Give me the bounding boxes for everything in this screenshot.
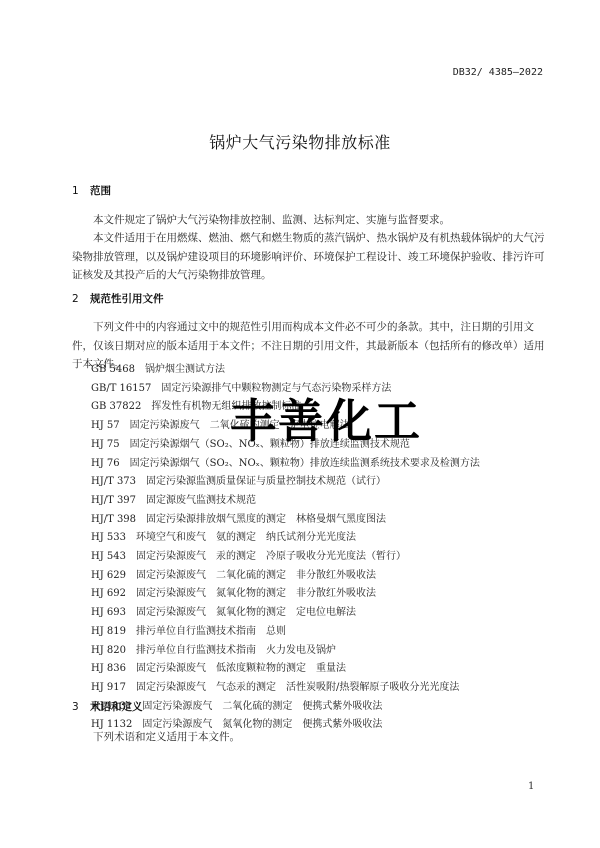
reference-title: 固定污染源废气 氮氧化物的测定 定电位电解法 [136,607,356,618]
reference-item: HJ 692固定污染源废气 氮氧化物的测定 非分散红外吸收法 [91,585,480,604]
reference-item: HJ 820排污单位自行监测技术指南 火力发电及锅炉 [91,642,480,661]
reference-item: HJ 629固定污染源废气 二氧化硫的测定 非分散红外吸收法 [91,567,480,586]
reference-item: HJ 917固定污染源废气 气态汞的测定 活性炭吸附/热裂解原子吸收分光光度法 [91,679,480,698]
reference-title: 固定污染源废气 汞的测定 冷原子吸收分光光度法（暂行） [136,551,406,562]
section-2-heading: 2规范性引用文件 [72,291,164,306]
reference-item: HJ/T 398固定污染源排放烟气黑度的测定 林格曼烟气黑度图法 [91,511,480,530]
reference-code: GB 37822 [91,401,141,412]
reference-title: 固定污染源监测质量保证与质量控制技术规范（试行） [146,476,386,487]
section-number: 2 [72,293,90,305]
reference-title: 固定污染源排气中颗粒物测定与气态污染物采样方法 [161,383,391,394]
reference-item: HJ/T 397固定源废气监测技术规范 [91,492,480,511]
standard-code: DB32/ 4385—2022 [453,67,543,78]
reference-code: GB 5468 [91,364,135,375]
reference-code: HJ 629 [91,570,126,581]
reference-item: HJ 819排污单位自行监测技术指南 总则 [91,623,480,642]
reference-title: 固定污染源废气 氮氧化物的测定 非分散红外吸收法 [136,588,376,599]
section-3-heading: 3术语和定义 [72,699,143,714]
section-title: 术语和定义 [90,701,143,713]
document-title: 锅炉大气污染物排放标准 [0,130,600,153]
section-1-paragraph-1: 本文件规定了锅炉大气污染物排放控制、监测、达标判定、实施与监督要求。 [72,211,546,230]
reference-code: HJ/T 373 [91,476,136,487]
reference-item: HJ 693固定污染源废气 氮氧化物的测定 定电位电解法 [91,604,480,623]
reference-title: 排污单位自行监测技术指南 总则 [136,626,286,637]
reference-title: 固定污染源废气 气态汞的测定 活性炭吸附/热裂解原子吸收分光光度法 [136,682,459,693]
reference-item: HJ 543固定污染源废气 汞的测定 冷原子吸收分光光度法（暂行） [91,548,480,567]
section-1-heading: 1范围 [72,183,111,198]
reference-item: HJ 1131固定污染源废气 二氧化硫的测定 便携式紫外吸收法 [91,698,480,717]
reference-item: HJ 533环境空气和废气 氨的测定 纳氏试剂分光光度法 [91,529,480,548]
section-title: 范围 [90,185,111,197]
reference-code: HJ 836 [91,663,126,674]
reference-code: HJ 819 [91,626,126,637]
watermark-text: 丰善化工 [230,398,422,444]
reference-title: 固定污染源排放烟气黑度的测定 林格曼烟气黑度图法 [146,514,386,525]
reference-item: HJ 76固定污染源烟气（SO₂、NOₓ、颗粒物）排放连续监测系统技术要求及检测… [91,455,480,474]
reference-item: HJ/T 373固定污染源监测质量保证与质量控制技术规范（试行） [91,473,480,492]
reference-code: HJ 57 [91,420,120,431]
document-page: DB32/ 4385—2022 锅炉大气污染物排放标准 1范围 本文件规定了锅炉… [0,0,600,848]
reference-title: 锅炉烟尘测试方法 [145,364,225,375]
reference-code: HJ/T 397 [91,495,136,506]
reference-title: 环境空气和废气 氨的测定 纳氏试剂分光光度法 [136,532,356,543]
section-1-paragraph-2: 本文件适用于在用燃煤、燃油、燃气和燃生物质的蒸汽锅炉、热水锅炉及有机热载体锅炉的… [72,229,546,285]
section-number: 1 [72,185,90,197]
reference-code: HJ 543 [91,551,126,562]
reference-item: GB 5468锅炉烟尘测试方法 [91,361,480,380]
section-3-paragraph-1: 下列术语和定义适用于本文件。 [72,728,546,747]
reference-title: 固定污染源废气 低浓度颗粒物的测定 重量法 [136,663,346,674]
reference-code: GB/T 16157 [91,383,151,394]
reference-code: HJ/T 398 [91,514,136,525]
section-number: 3 [72,701,90,713]
reference-item: HJ 836固定污染源废气 低浓度颗粒物的测定 重量法 [91,660,480,679]
reference-title: 固定污染源烟气（SO₂、NOₓ、颗粒物）排放连续监测系统技术要求及检测方法 [130,458,480,469]
reference-code: HJ 692 [91,588,126,599]
reference-title: 固定污染源废气 二氧化硫的测定 便携式紫外吸收法 [142,701,382,712]
reference-code: HJ 75 [91,439,120,450]
reference-title: 固定源废气监测技术规范 [146,495,256,506]
reference-code: HJ 917 [91,682,126,693]
reference-title: 排污单位自行监测技术指南 火力发电及锅炉 [136,645,336,656]
reference-title: 固定污染源废气 二氧化硫的测定 非分散红外吸收法 [136,570,376,581]
reference-code: HJ 820 [91,645,126,656]
page-number: 1 [528,781,534,792]
reference-code: HJ 76 [91,458,120,469]
reference-code: HJ 693 [91,607,126,618]
section-title: 规范性引用文件 [90,293,164,305]
reference-code: HJ 533 [91,532,126,543]
